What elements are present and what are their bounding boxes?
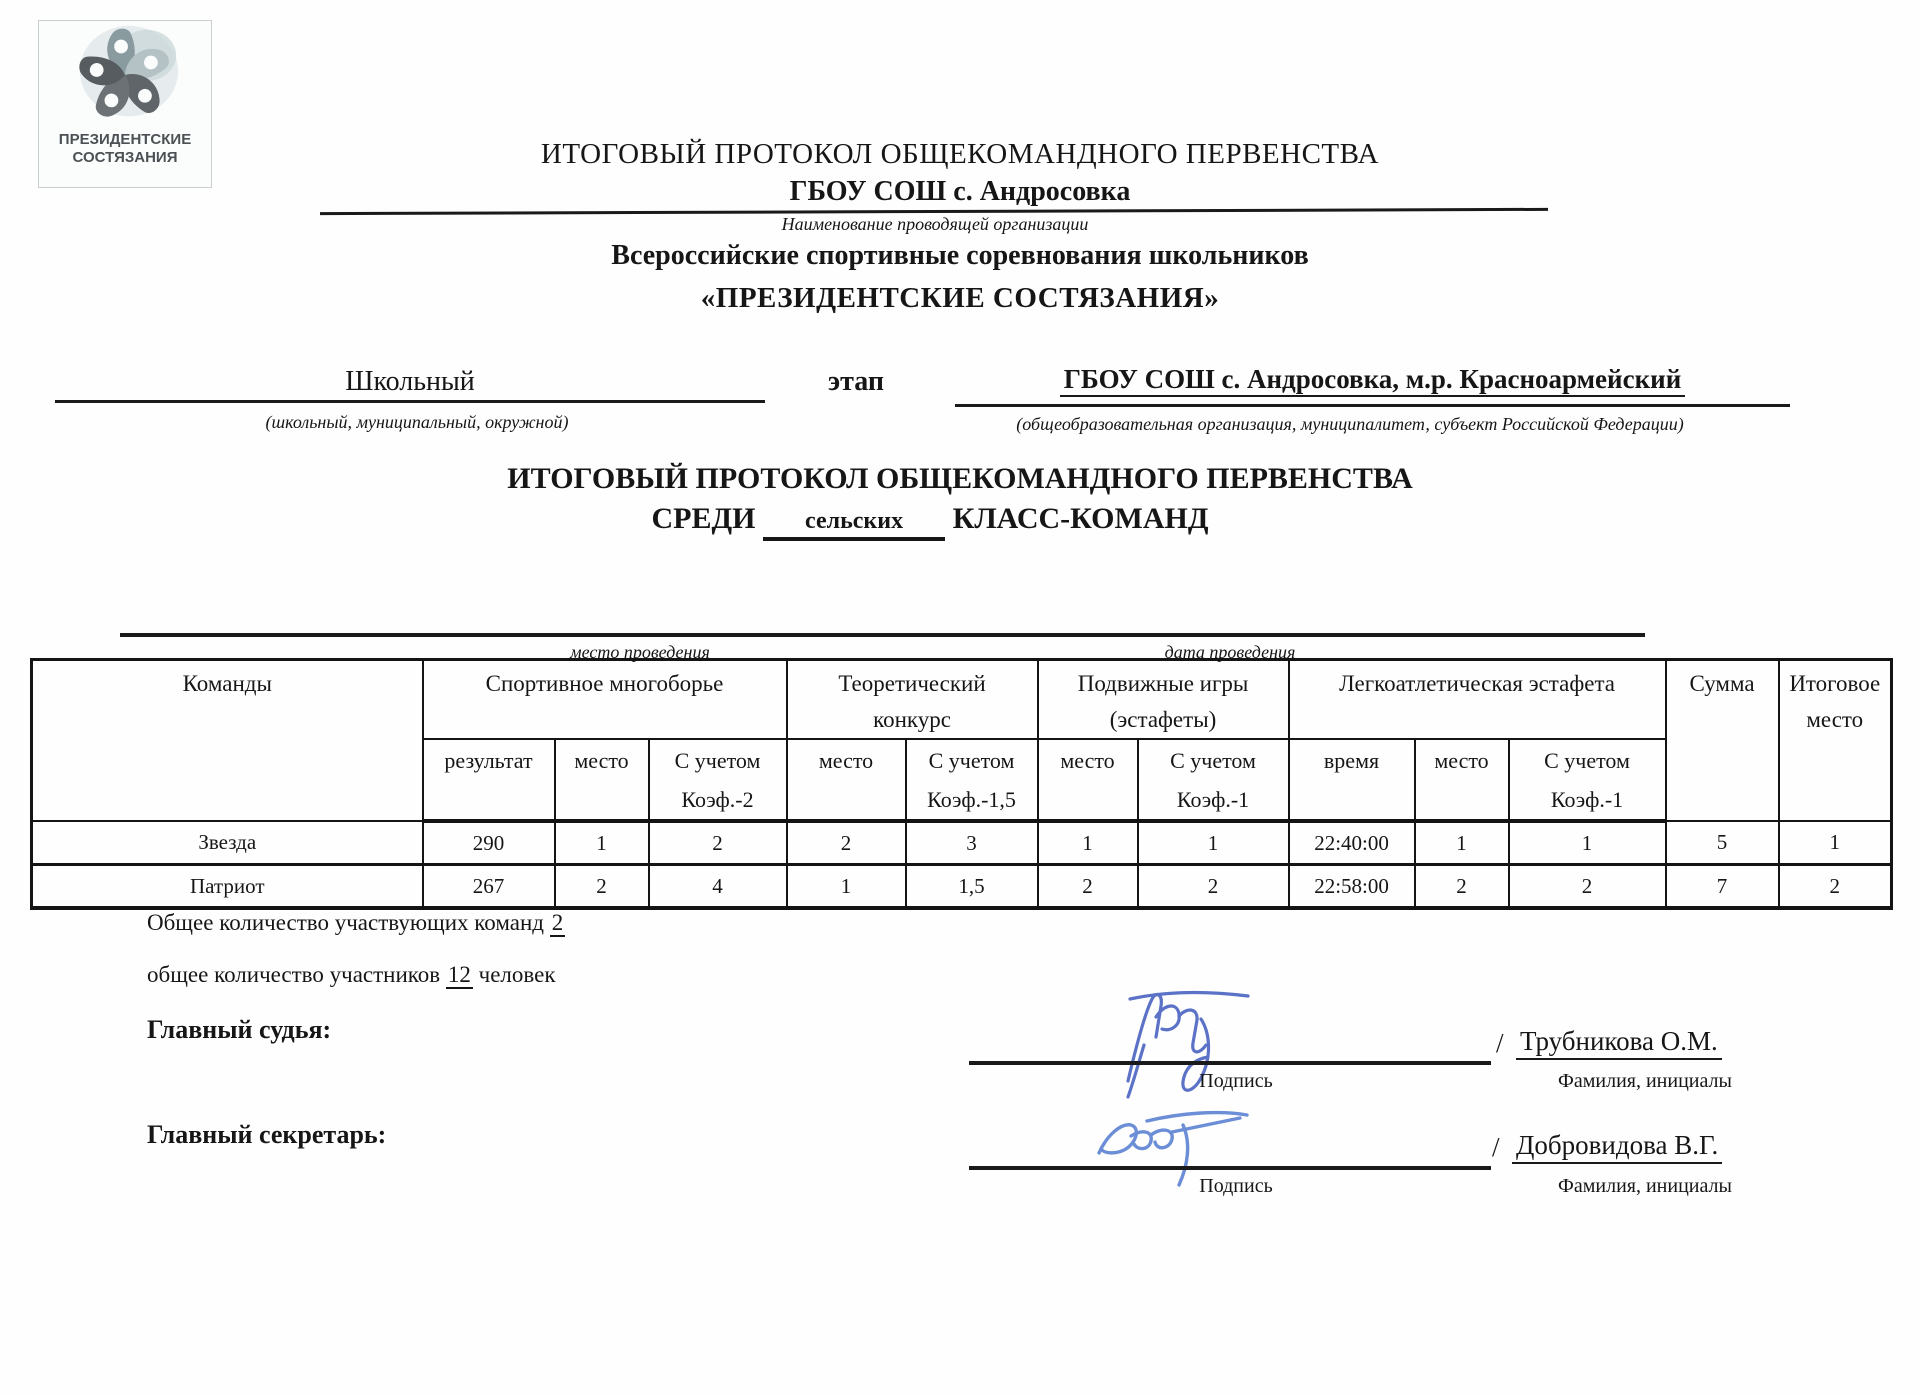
subheader-place-theory: место [787, 739, 906, 821]
among-suffix: КЛАСС-КОМАНД [953, 502, 1209, 535]
secretary-sign-caption: Подпись [1136, 1175, 1336, 1198]
value-cell: 1 [1415, 821, 1509, 865]
judge-label: Главный судья: [147, 1015, 331, 1045]
venue-rule [120, 633, 1645, 637]
among-line: СРЕДИ сельских КЛАСС-КОМАНД [0, 502, 1860, 541]
judge-slash: / [1496, 1028, 1504, 1059]
stage-underline [55, 400, 765, 403]
stage-value: Школьный [60, 366, 760, 398]
value-cell: 1 [1509, 821, 1666, 865]
organization-caption: Наименование проводящей организации [0, 214, 1870, 235]
totals-teams-line: Общее количество участвующих команд 2 [147, 910, 565, 936]
among-value: сельских [763, 504, 945, 541]
judge-sign-caption: Подпись [1136, 1070, 1336, 1093]
presidential-games-logo-icon [66, 21, 184, 133]
totals-participants-suffix: человек [479, 962, 556, 987]
judge-name-text: Трубникова О.М. [1516, 1026, 1722, 1060]
value-cell: 2 [1509, 865, 1666, 909]
subheader-coef1-games: С учетом Коэф.-1 [1138, 739, 1289, 821]
final-place-line2: место [1780, 702, 1891, 738]
final-place-line1: Итоговое [1780, 666, 1891, 702]
value-cell: 2 [787, 821, 906, 865]
value-cell: 1,5 [906, 865, 1038, 909]
coef15-line2: Коэф.-1,5 [907, 781, 1037, 820]
value-cell: 3 [906, 821, 1038, 865]
totals-participants-prefix: общее количество участников [147, 962, 440, 987]
subheader-coef1-relay: С учетом Коэф.-1 [1509, 739, 1666, 821]
value-cell: 22:58:00 [1289, 865, 1415, 909]
stage-organization-caption: (общеобразовательная организация, муници… [955, 414, 1745, 435]
stage-caption: (школьный, муниципальный, окружной) [60, 412, 774, 433]
coef1-relay-line2: Коэф.-1 [1510, 781, 1665, 820]
among-prefix: СРЕДИ [652, 502, 756, 535]
competition-name: «ПРЕЗИДЕНТСКИЕ СОСТЯЗАНИЯ» [0, 282, 1920, 315]
judge-name-caption: Фамилия, инициалы [1540, 1070, 1750, 1093]
coef1-relay-line1: С учетом [1510, 742, 1665, 781]
document-title: ИТОГОВЫЙ ПРОТОКОЛ ОБЩЕКОМАНДНОГО ПЕРВЕНС… [0, 138, 1920, 171]
value-cell: 22:40:00 [1289, 821, 1415, 865]
group-header-relay: Легкоатлетическая эстафета [1289, 660, 1666, 740]
coef2-line1: С учетом [650, 742, 786, 781]
value-cell: 7 [1666, 865, 1779, 909]
secretary-slash: / [1492, 1132, 1500, 1163]
subheader-result: результат [423, 739, 555, 821]
organization-name: ГБОУ СОШ с. Андросовка [0, 176, 1920, 208]
value-cell: 1 [555, 821, 649, 865]
event-subtitle: Всероссийские спортивные соревнования шк… [0, 240, 1920, 272]
value-cell: 2 [1415, 865, 1509, 909]
group-header-multisport: Спортивное многоборье [423, 660, 787, 740]
protocol-title: ИТОГОВЫЙ ПРОТОКОЛ ОБЩЕКОМАНДНОГО ПЕРВЕНС… [0, 462, 1920, 496]
group-theory-line2: конкурс [788, 702, 1037, 738]
results-table: Команды Спортивное многоборье Теоретичес… [30, 658, 1893, 910]
team-name-cell: Звезда [32, 821, 423, 865]
secretary-name-caption: Фамилия, инициалы [1540, 1175, 1750, 1198]
teams-count: 2 [550, 910, 566, 937]
subheader-coef2: С учетом Коэф.-2 [649, 739, 787, 821]
team-name-cell: Патриот [32, 865, 423, 909]
final-place-header-cell: Итоговое место [1779, 660, 1892, 822]
value-cell: 1 [787, 865, 906, 909]
participants-count: 12 [446, 962, 473, 989]
value-cell: 2 [555, 865, 649, 909]
secretary-name-text: Добровидова В.Г. [1512, 1130, 1722, 1164]
subheader-place-relay: место [1415, 739, 1509, 821]
value-cell: 1 [1138, 821, 1289, 865]
totals-teams-prefix: Общее количество участвующих команд [147, 910, 544, 935]
group-header-theory: Теоретический конкурс [787, 660, 1038, 740]
value-cell: 2 [1779, 865, 1892, 909]
coef15-line1: С учетом [907, 742, 1037, 781]
value-cell: 5 [1666, 821, 1779, 865]
stage-label: этап [828, 366, 884, 398]
subheader-time: время [1289, 739, 1415, 821]
value-cell: 290 [423, 821, 555, 865]
secretary-signature-line [969, 1166, 1491, 1170]
value-cell: 2 [649, 821, 787, 865]
subheader-place-games: место [1038, 739, 1138, 821]
stage-organization-value: ГБОУ СОШ с. Андросовка, м.р. Красноармей… [955, 364, 1790, 395]
totals-participants-line: общее количество участников 12 человек [147, 962, 556, 988]
group-games-line1: Подвижные игры [1039, 666, 1288, 702]
group-theory-line1: Теоретический [788, 666, 1037, 702]
value-cell: 2 [1038, 865, 1138, 909]
group-games-line2: (эстафеты) [1039, 702, 1288, 738]
coef2-line2: Коэф.-2 [650, 781, 786, 820]
value-cell: 2 [1138, 865, 1289, 909]
coef1-games-line2: Коэф.-1 [1139, 781, 1288, 820]
sum-header-cell: Сумма [1666, 660, 1779, 822]
stage-organization-text: ГБОУ СОШ с. Андросовка, м.р. Красноармей… [1060, 364, 1686, 397]
teams-header-cell: Команды [32, 660, 423, 822]
value-cell: 4 [649, 865, 787, 909]
secretary-label: Главный секретарь: [147, 1120, 386, 1150]
judge-signature-line [969, 1061, 1491, 1065]
value-cell: 267 [423, 865, 555, 909]
judge-name: Трубникова О.М. [1516, 1026, 1722, 1057]
subheader-place-multisport: место [555, 739, 649, 821]
subheader-coef15: С учетом Коэф.-1,5 [906, 739, 1038, 821]
value-cell: 1 [1779, 821, 1892, 865]
coef1-games-line1: С учетом [1139, 742, 1288, 781]
table-row-zvezda: Звезда 290 1 2 2 3 1 1 22:40:00 1 1 5 1 [32, 821, 1892, 865]
scanned-protocol-document: ПРЕЗИДЕНТСКИЕ СОСТЯЗАНИЯ ИТОГОВЫЙ ПРОТОК… [0, 0, 1920, 1396]
group-header-games: Подвижные игры (эстафеты) [1038, 660, 1289, 740]
value-cell: 1 [1038, 821, 1138, 865]
secretary-name: Добровидова В.Г. [1512, 1130, 1722, 1161]
table-row-patriot: Патриот 267 2 4 1 1,5 2 2 22:58:00 2 2 7… [32, 865, 1892, 909]
stage-organization-underline [955, 404, 1790, 407]
